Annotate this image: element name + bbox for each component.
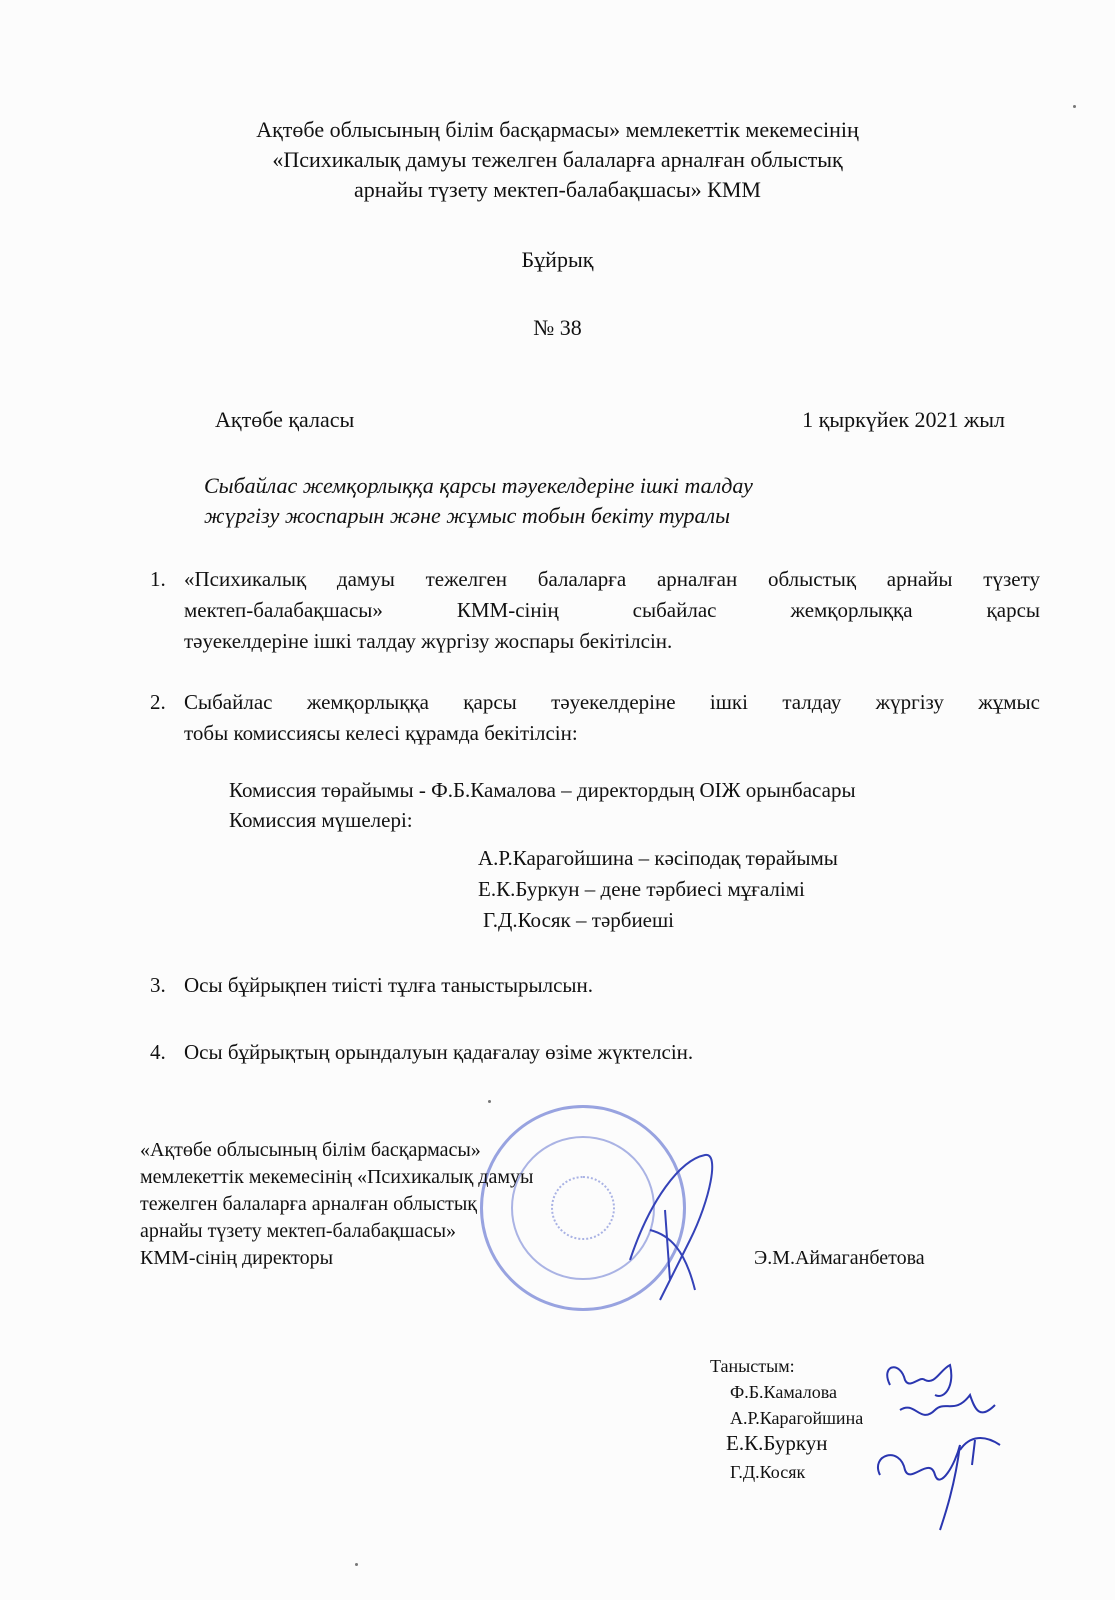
document-type: Бұйрық xyxy=(0,245,1115,275)
order-item-2: 2. Сыбайлас жемқорлыққа қарсы тәуекелдер… xyxy=(150,687,1040,749)
signature-block: «Ақтөбе облысының білім басқармасы» мемл… xyxy=(140,1137,533,1272)
subject: Сыбайлас жемқорлыққа қарсы тәуекелдеріне… xyxy=(204,471,753,531)
item-number: 3. xyxy=(150,970,166,1001)
item-line: тобы комиссиясы келесі құрамда бекітілсі… xyxy=(184,718,1040,749)
scan-speck xyxy=(1073,105,1076,108)
item-line: Осы бұйрықпен тиісті тұлға таныстырылсын… xyxy=(184,970,1040,1001)
item-number: 1. xyxy=(150,564,166,595)
stamp-emblem xyxy=(551,1176,615,1240)
acknowledged-name: Е.К.Буркун xyxy=(726,1431,828,1456)
acknowledged-name: Г.Д.Косяк xyxy=(730,1460,805,1484)
subject-line-1: Сыбайлас жемқорлыққа қарсы тәуекелдеріне… xyxy=(204,471,753,501)
acknowledged-name: А.Р.Карагойшина xyxy=(730,1406,863,1430)
scan-speck xyxy=(355,1563,358,1566)
document-number: № 38 xyxy=(0,313,1115,343)
commission-chair: Комиссия төрайымы - Ф.Б.Камалова – дирек… xyxy=(229,778,856,803)
order-item-1: 1. «Психикалық дамуы тежелген балаларға … xyxy=(150,564,1040,657)
header-line-1: Ақтөбе облысының білім басқармасы» мемле… xyxy=(0,115,1115,145)
institution-header: Ақтөбе облысының білім басқармасы» мемле… xyxy=(0,115,1115,205)
signature-line: «Ақтөбе облысының білім басқармасы» xyxy=(140,1137,533,1164)
signature-line: арнайы түзету мектеп-балабақшасы» xyxy=(140,1218,533,1245)
commission-member: А.Р.Карагойшина – кәсіподақ төрайымы xyxy=(478,846,838,871)
commission-members-label: Комиссия мүшелері: xyxy=(229,808,413,833)
acknowledged-name: Ф.Б.Камалова xyxy=(730,1380,837,1404)
acknowledged-label: Таныстым: xyxy=(710,1354,795,1378)
item-line: Осы бұйрықтың орындалуын қадағалау өзіме… xyxy=(184,1037,1040,1068)
signature-line: тежелген балаларға арналған облыстық xyxy=(140,1191,533,1218)
item-number: 2. xyxy=(150,687,166,718)
director-name: Э.М.Аймаганбетова xyxy=(754,1245,925,1272)
director-signature-icon xyxy=(610,1140,730,1310)
item-line: тәуекелдеріне ішкі талдау жүргізу жоспар… xyxy=(184,626,1040,657)
commission-member: Е.К.Буркун – дене тәрбиесі мұғалімі xyxy=(478,877,805,902)
commission-member: Г.Д.Косяк – тәрбиеші xyxy=(483,908,674,933)
item-line: «Психикалық дамуы тежелген балаларға арн… xyxy=(184,564,1040,595)
item-line: Сыбайлас жемқорлыққа қарсы тәуекелдеріне… xyxy=(184,687,1040,718)
city: Ақтөбе қаласы xyxy=(215,405,354,435)
signature-line: КММ-сінің директоры xyxy=(140,1245,533,1272)
item-line: мектеп-балабақшасы» КММ-сінің сыбайлас ж… xyxy=(184,595,1040,626)
header-line-3: арнайы түзету мектеп-балабақшасы» КММ xyxy=(0,175,1115,205)
order-item-3: 3. Осы бұйрықпен тиісті тұлға таныстырыл… xyxy=(150,970,1040,1001)
scan-speck xyxy=(488,1100,491,1103)
order-item-4: 4. Осы бұйрықтың орындалуын қадағалау өз… xyxy=(150,1037,1040,1068)
handwritten-signatures-icon xyxy=(860,1355,1020,1535)
header-line-2: «Психикалық дамуы тежелген балаларға арн… xyxy=(0,145,1115,175)
signature-line: мемлекеттік мекемесінің «Психикалық даму… xyxy=(140,1164,533,1191)
item-number: 4. xyxy=(150,1037,166,1068)
date: 1 қыркүйек 2021 жыл xyxy=(802,405,1005,435)
subject-line-2: жүргізу жоспарын және жұмыс тобын бекіту… xyxy=(204,501,753,531)
